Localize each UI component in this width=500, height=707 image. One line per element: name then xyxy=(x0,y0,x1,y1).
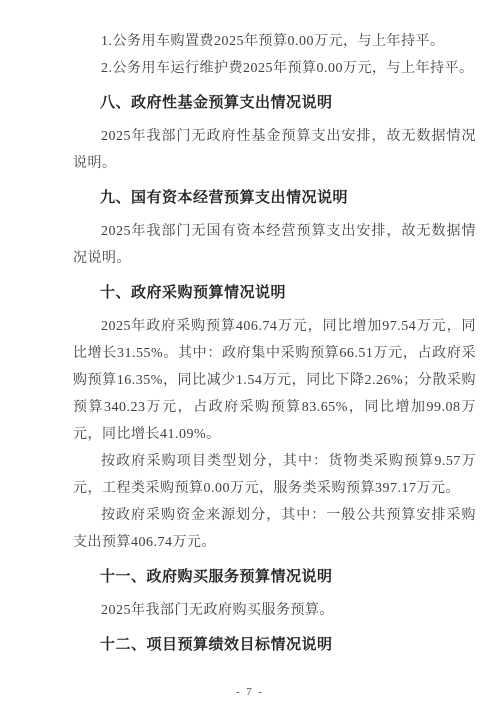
section-heading-gov-fund-budget: 八、政府性基金预算支出情况说明 xyxy=(73,89,476,116)
paragraph-procurement-by-funding: 按政府采购资金来源划分，其中：一般公共预算安排采购支出预算406.74万元。 xyxy=(73,502,476,556)
document-body: 1.公务用车购置费2025年预算0.00万元，与上年持平。 2.公务用车运行维护… xyxy=(73,28,476,665)
section-heading-purchased-services-budget: 十一、政府购买服务预算情况说明 xyxy=(73,563,476,590)
paragraph-purchased-services: 2025年我部门无政府购买服务预算。 xyxy=(73,597,476,624)
paragraph-procurement-overview: 2025年政府采购预算406.74万元，同比增加97.54万元，同比增长31.5… xyxy=(73,313,476,448)
document-page: 1.公务用车购置费2025年预算0.00万元，与上年持平。 2.公务用车运行维护… xyxy=(0,0,500,707)
numbered-item-vehicle-purchase: 1.公务用车购置费2025年预算0.00万元，与上年持平。 xyxy=(73,28,476,55)
numbered-item-vehicle-maintenance: 2.公务用车运行维护费2025年预算0.00万元，与上年持平。 xyxy=(73,55,476,82)
section-heading-project-performance-targets: 十二、项目预算绩效目标情况说明 xyxy=(73,631,476,658)
paragraph-gov-fund-budget: 2025年我部门无政府性基金预算支出安排，故无数据情况说明。 xyxy=(73,123,476,177)
paragraph-state-capital-budget: 2025年我部门无国有资本经营预算支出安排，故无数据情况说明。 xyxy=(73,218,476,272)
section-heading-gov-procurement-budget: 十、政府采购预算情况说明 xyxy=(73,279,476,306)
section-heading-state-capital-budget: 九、国有资本经营预算支出情况说明 xyxy=(73,184,476,211)
page-number: - 7 - xyxy=(0,686,500,698)
paragraph-procurement-by-type: 按政府采购项目类型划分，其中：货物类采购预算9.57万元，工程类采购预算0.00… xyxy=(73,448,476,502)
